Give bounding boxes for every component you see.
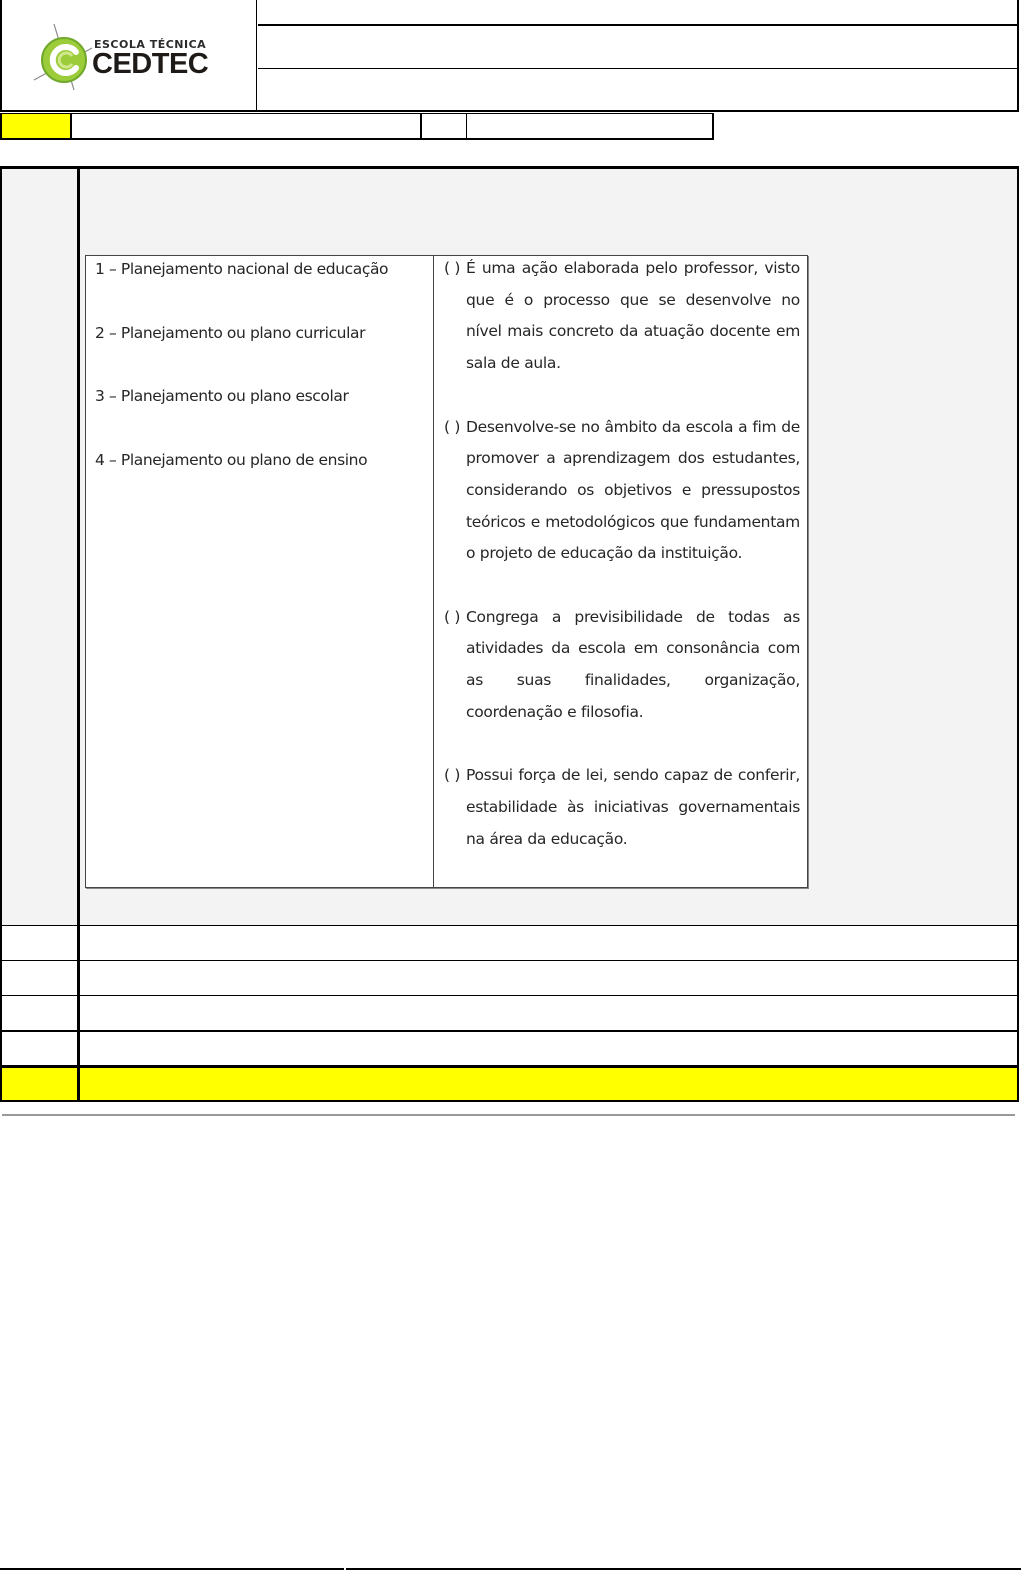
header-row-2 <box>258 26 1017 69</box>
logo-title: CEDTEC <box>92 48 208 81</box>
header-row-1 <box>258 0 1017 26</box>
option-row-c[interactable] <box>2 995 1017 1030</box>
question-number <box>2 169 80 925</box>
option-letter <box>2 961 80 995</box>
student-name-field[interactable] <box>72 114 422 138</box>
option-text <box>80 961 1017 995</box>
matching-table: 1 – Planejamento nacional de educação 2 … <box>85 255 808 888</box>
term-item: 3 – Planejamento ou plano escolar <box>95 386 433 450</box>
blank-parenthesis[interactable]: ( ) <box>444 602 466 634</box>
option-text <box>80 926 1017 960</box>
answer-text <box>80 1068 1017 1100</box>
info-label-highlight <box>2 114 72 138</box>
cedtec-c-logo-icon <box>32 22 96 92</box>
option-row-b[interactable] <box>2 960 1017 995</box>
answer-label <box>2 1068 80 1100</box>
statement-item: ( )Possui força de lei, sendo capaz de c… <box>444 760 800 855</box>
blank-parenthesis[interactable]: ( ) <box>444 412 466 444</box>
option-row-d[interactable] <box>2 1030 1017 1065</box>
term-item: 2 – Planejamento ou plano curricular <box>95 323 433 387</box>
statement-text: Congrega a previsibilidade de todas as a… <box>466 608 800 721</box>
statement-item: ( )Congrega a previsibilidade de todas a… <box>444 602 800 729</box>
header-row-3 <box>258 69 1017 110</box>
statement-text: Desenvolve-se no âmbito da escola a fim … <box>466 418 800 563</box>
page-separator <box>2 1114 1015 1116</box>
statements-column: ( )É uma ação elaborada pelo professor, … <box>434 256 807 887</box>
answer-row <box>2 1065 1017 1100</box>
date-field[interactable] <box>467 114 712 138</box>
blank-parenthesis[interactable]: ( ) <box>444 760 466 792</box>
info-label-small <box>422 114 467 138</box>
student-info-strip <box>0 113 714 140</box>
statement-text: É uma ação elaborada pelo professor, vis… <box>466 259 800 372</box>
option-row-a[interactable] <box>2 925 1017 960</box>
statement-item: ( )É uma ação elaborada pelo professor, … <box>444 253 800 380</box>
blank-parenthesis[interactable]: ( ) <box>444 253 466 285</box>
option-text <box>80 1032 1017 1065</box>
option-letter <box>2 1032 80 1065</box>
term-item: 1 – Planejamento nacional de educação <box>95 259 433 323</box>
term-item: 4 – Planejamento ou plano de ensino <box>95 450 433 514</box>
logo-cell: ESCOLA TÉCNICA CEDTEC <box>2 0 257 110</box>
option-letter <box>2 926 80 960</box>
school-logo: ESCOLA TÉCNICA CEDTEC <box>32 22 237 92</box>
terms-column: 1 – Planejamento nacional de educação 2 … <box>86 256 434 887</box>
statement-text: Possui força de lei, sendo capaz de conf… <box>466 766 800 847</box>
option-text <box>80 996 1017 1030</box>
option-letter <box>2 996 80 1030</box>
document-header: ESCOLA TÉCNICA CEDTEC <box>0 0 1019 112</box>
statement-item: ( )Desenvolve-se no âmbito da escola a f… <box>444 412 800 571</box>
